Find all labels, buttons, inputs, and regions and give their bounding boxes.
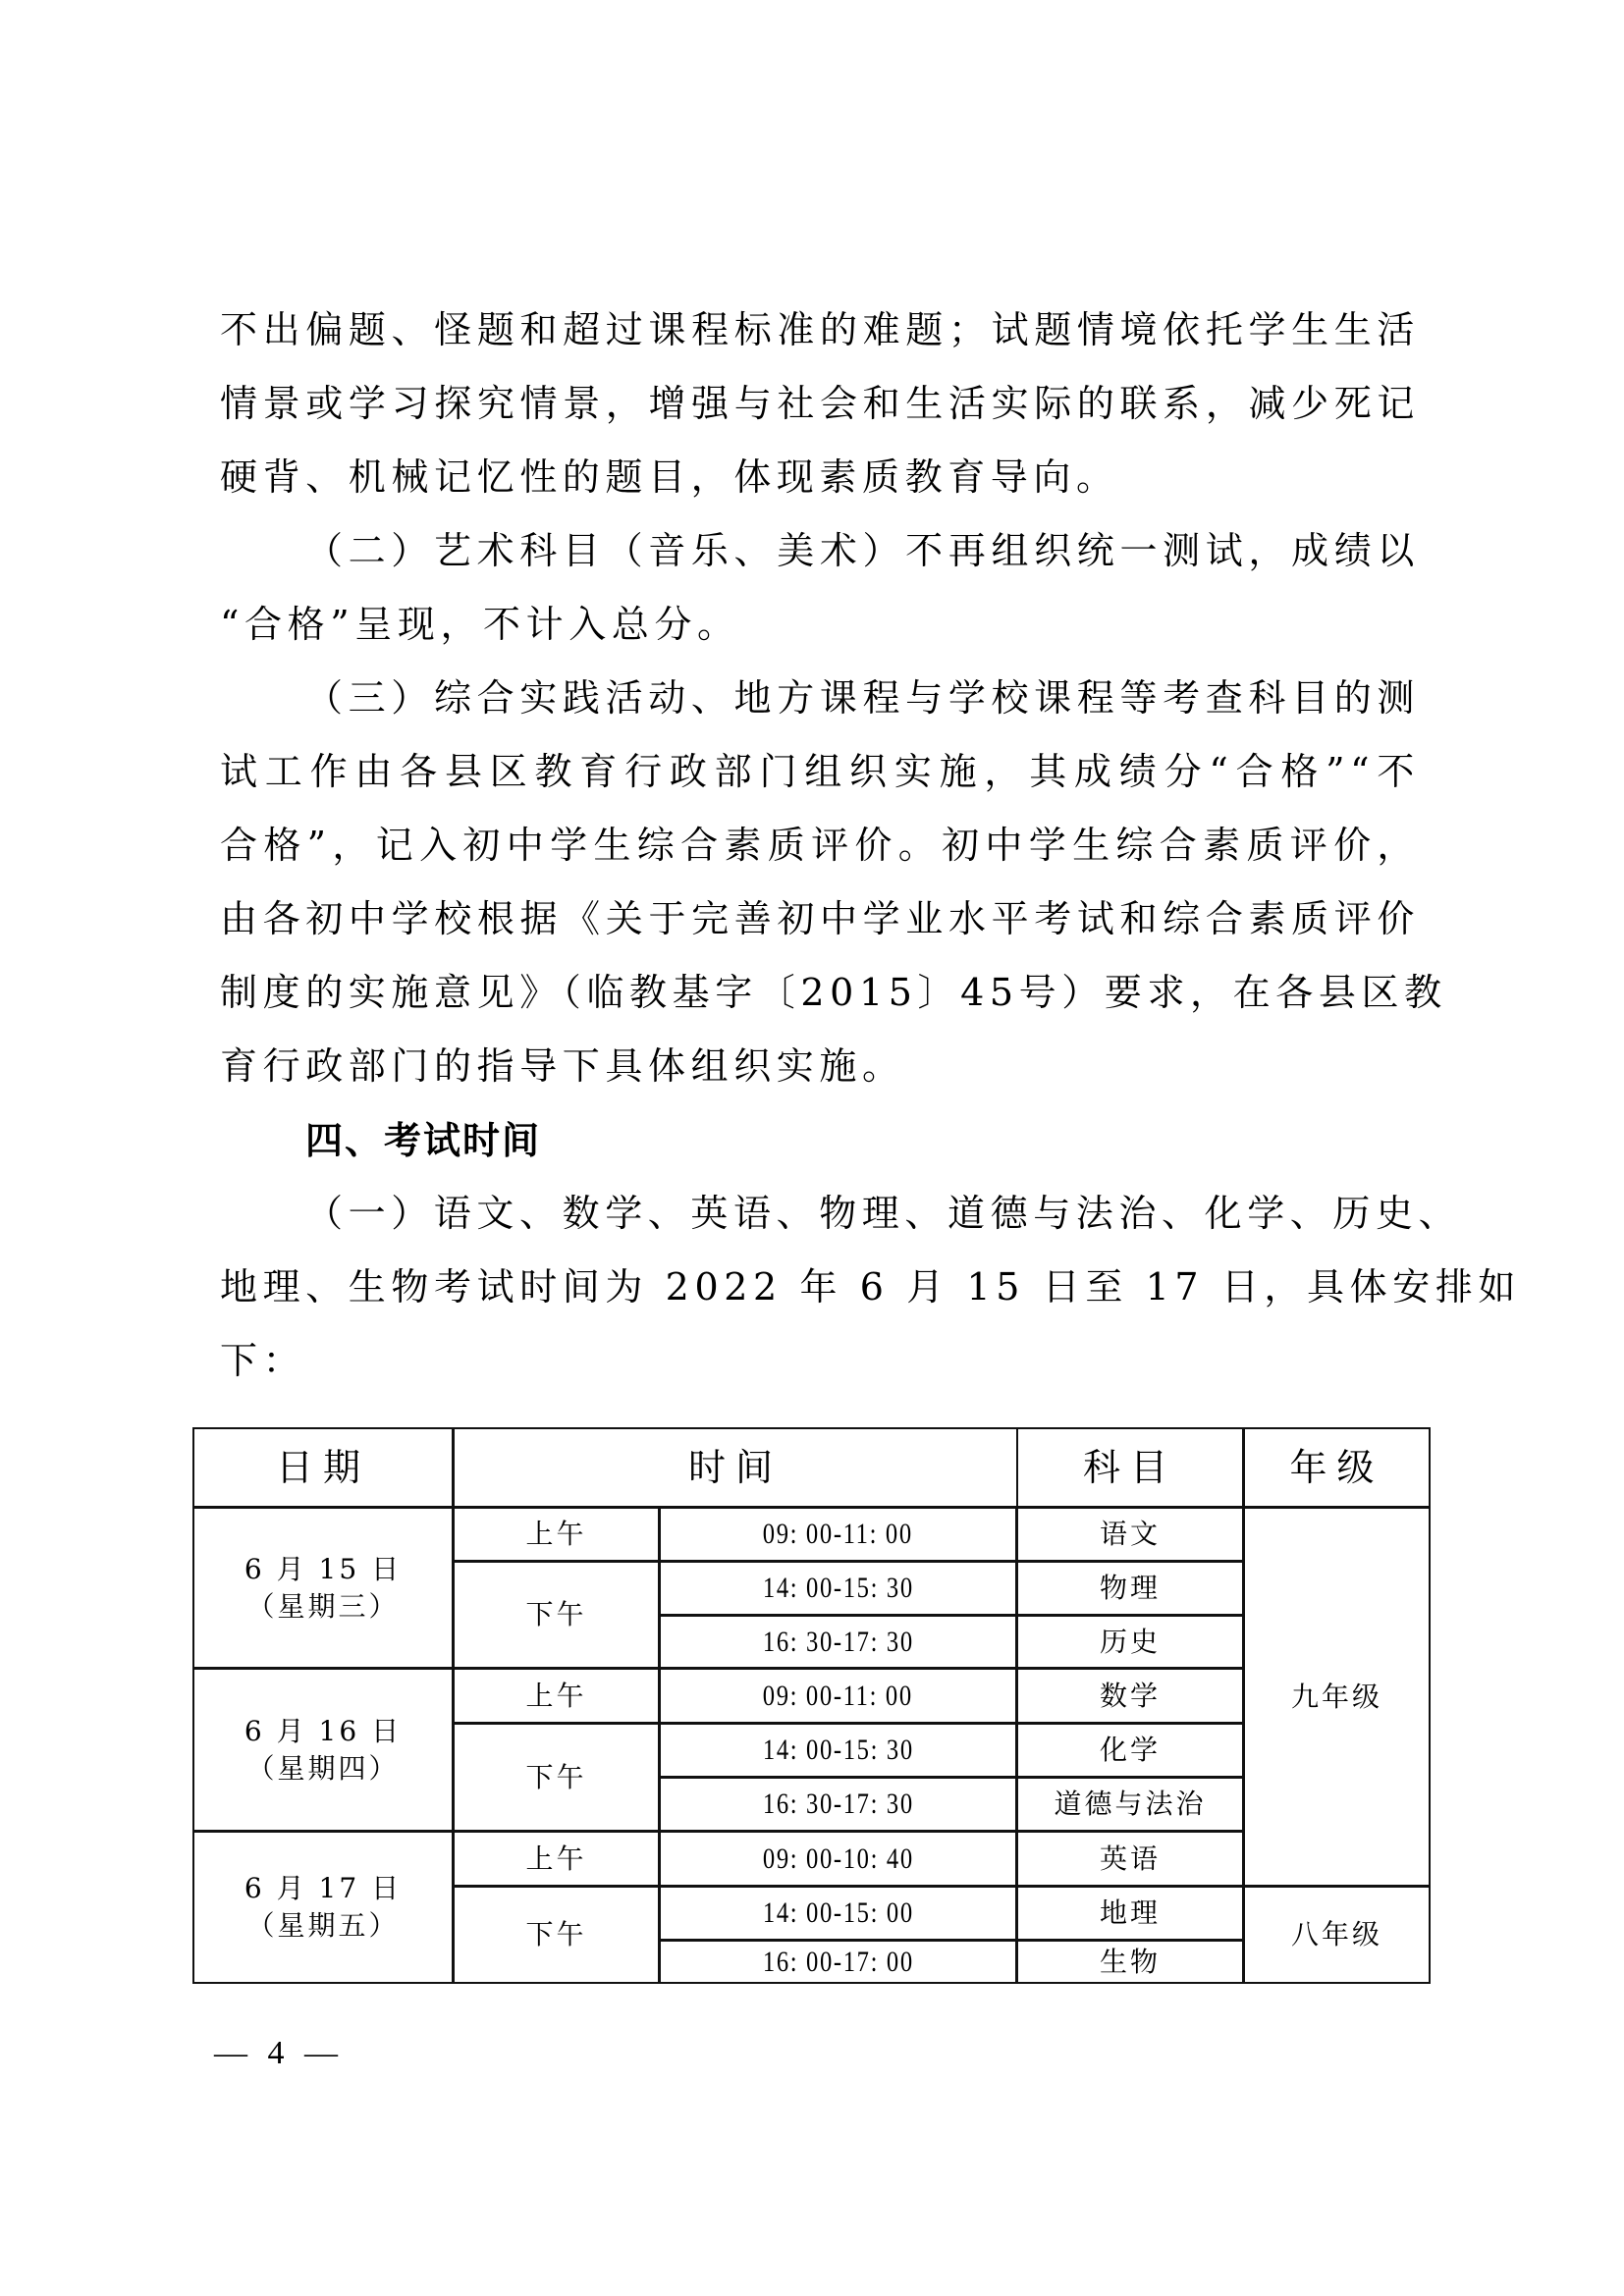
grade-cell-ninth: 九年级 <box>1243 1507 1431 1887</box>
period-cell: 上午 <box>453 1831 660 1887</box>
paragraph-line: 育行政部门的指导下具体组织实施。 <box>220 1042 1420 1090</box>
paragraph-line: 下： <box>220 1337 1420 1384</box>
subject-cell: 道德与法治 <box>1016 1777 1244 1832</box>
exam-schedule-table: 日期 时间 科目 年级 6 月 15 日 （星期三） 上午 下午 09: 00-… <box>193 1428 1431 1984</box>
date-label: 6 月 17 日 <box>244 1870 402 1907</box>
grade-cell-eighth: 八年级 <box>1243 1886 1431 1984</box>
time-cell: 16: 30-17: 30 <box>659 1777 1017 1832</box>
weekday-label: （星期四） <box>246 1750 399 1788</box>
header-time: 时间 <box>453 1427 1018 1508</box>
paragraph-line: 硬背、机械记忆性的题目，体现素质教育导向。 <box>220 454 1420 501</box>
header-grade: 年级 <box>1243 1427 1431 1508</box>
subject-cell: 物理 <box>1016 1561 1244 1616</box>
time-range: 14: 00-15: 00 <box>763 1896 914 1930</box>
paragraph-line: “合格”呈现，不计入总分。 <box>220 601 1420 648</box>
section-heading: 四、考试时间 <box>305 1117 541 1164</box>
time-range: 14: 00-15: 30 <box>763 1734 914 1767</box>
time-range: 14: 00-15: 30 <box>763 1572 914 1605</box>
date-cell: 6 月 17 日 （星期五） <box>192 1831 454 1984</box>
subject-cell: 历史 <box>1016 1615 1244 1669</box>
subject-cell: 化学 <box>1016 1723 1244 1778</box>
date-cell: 6 月 15 日 （星期三） <box>192 1507 454 1669</box>
period-cell: 上午 <box>453 1668 660 1724</box>
time-cell: 09: 00-10: 40 <box>659 1831 1017 1887</box>
period-cell: 下午 <box>453 1723 660 1832</box>
paragraph-line: 试工作由各县区教育行政部门组织实施，其成绩分“合格”“不 <box>220 748 1420 795</box>
time-cell: 14: 00-15: 30 <box>659 1561 1017 1616</box>
time-cell: 14: 00-15: 00 <box>659 1886 1017 1941</box>
time-cell: 16: 30-17: 30 <box>659 1615 1017 1669</box>
weekday-label: （星期三） <box>246 1588 399 1626</box>
paragraph-line: 由各初中学校根据《关于完善初中学业水平考试和综合素质评价 <box>220 895 1420 942</box>
header-date: 日期 <box>192 1427 454 1508</box>
time-range: 16: 30-17: 30 <box>763 1626 914 1659</box>
subject-cell: 数学 <box>1016 1668 1244 1724</box>
paragraph-line: （一）语文、数学、英语、物理、道德与法治、化学、历史、 <box>305 1190 1420 1237</box>
paragraph-line: 不出偏题、怪题和超过课程标准的难题；试题情境依托学生生活 <box>220 306 1420 353</box>
time-range: 16: 00-17: 00 <box>763 1946 914 1979</box>
paragraph-line: 合格”，记入初中学生综合素质评价。初中学生综合素质评价， <box>220 822 1420 869</box>
time-range: 09: 00-11: 00 <box>763 1518 913 1551</box>
date-cell: 6 月 16 日 （星期四） <box>192 1668 454 1832</box>
paragraph-line: 地理、生物考试时间为 2022 年 6 月 15 日至 17 日，具体安排如 <box>220 1263 1420 1310</box>
time-range: 16: 30-17: 30 <box>763 1788 914 1821</box>
subject-cell: 生物 <box>1016 1940 1244 1984</box>
period-cell: 下午 <box>453 1886 660 1984</box>
paragraph-line: （二）艺术科目（音乐、美术）不再组织统一测试，成绩以 <box>305 527 1420 574</box>
period-cell: 下午 <box>453 1561 660 1669</box>
time-cell: 14: 00-15: 30 <box>659 1723 1017 1778</box>
subject-cell: 地理 <box>1016 1886 1244 1941</box>
subject-cell: 语文 <box>1016 1507 1244 1562</box>
subject-cell: 英语 <box>1016 1831 1244 1887</box>
time-cell: 09: 00-11: 00 <box>659 1668 1017 1724</box>
paragraph-line: 制度的实施意见》（临教基字〔2015〕45号）要求，在各县区教 <box>220 969 1420 1016</box>
paragraph-line: 情景或学习探究情景，增强与社会和生活实际的联系，减少死记 <box>220 380 1420 427</box>
date-label: 6 月 16 日 <box>244 1713 402 1750</box>
time-cell: 09: 00-11: 00 <box>659 1507 1017 1562</box>
page-number: — 4 — <box>214 2034 344 2073</box>
weekday-label: （星期五） <box>246 1907 399 1945</box>
time-cell: 16: 00-17: 00 <box>659 1940 1017 1984</box>
paragraph-line: （三）综合实践活动、地方课程与学校课程等考查科目的测 <box>305 674 1420 721</box>
header-subject: 科目 <box>1016 1427 1244 1508</box>
time-range: 09: 00-11: 00 <box>763 1680 913 1713</box>
date-label: 6 月 15 日 <box>244 1551 402 1588</box>
document-page: 不出偏题、怪题和超过课程标准的难题；试题情境依托学生生活 情景或学习探究情景，增… <box>0 0 1624 2296</box>
period-cell: 上午 <box>453 1507 660 1562</box>
time-range: 09: 00-10: 40 <box>763 1842 914 1876</box>
